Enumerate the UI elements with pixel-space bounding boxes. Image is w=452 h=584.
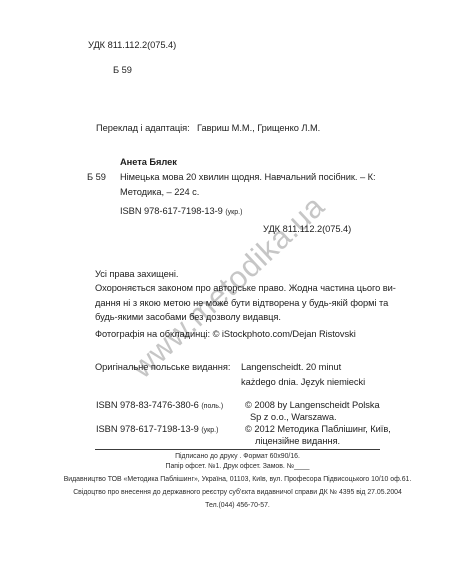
- imprint-line-1: Підписано до друку . Формат 60х90/16.: [25, 452, 450, 462]
- isbn-ukrainian: ISBN 978-617-7198-13-9: [96, 424, 199, 434]
- udk-code-top: УДК 811.112.2(075.4): [88, 39, 176, 52]
- rights-line-4: будь-якими засобами без дозволу видавця.: [95, 311, 396, 325]
- isbn-ukrainian-lang: (укр.): [201, 427, 218, 434]
- isbn-polish-lang: (поль.): [201, 403, 223, 410]
- catalog-isbn-lang: (укр.): [225, 209, 242, 216]
- catalog-title-line2: Методика, – 224 с.: [120, 186, 199, 199]
- photo-credit: Фотографія на обкладинці: © iStockphoto.…: [95, 328, 356, 341]
- author-name: Анета Бялек: [120, 156, 177, 169]
- rights-line-3: дання ні з якою метою не може бути відтв…: [95, 297, 396, 311]
- original-edition-value-line2: każdego dnia. Język niemiecki: [241, 376, 365, 389]
- rights-line-1: Усі права захищені.: [95, 268, 396, 282]
- divider-line: [95, 449, 380, 450]
- translation-value: Гавриш М.М., Грищенко Л.М.: [197, 122, 320, 135]
- isbn-row-polish: ISBN 978-83-7476-380-6 (поль.): [96, 399, 223, 413]
- catalog-isbn-line: ISBN 978-617-7198-13-9 (укр.): [120, 205, 242, 219]
- imprint-page: www.metodika.ua УДК 811.112.2(075.4) Б 5…: [0, 0, 452, 584]
- isbn-polish: ISBN 978-83-7476-380-6: [96, 400, 199, 410]
- imprint-line-3: Видавництво ТОВ «Методика Паблішинг», Ук…: [25, 475, 450, 485]
- imprint-line-2: Папір офсет. №1. Друк офсет. Замов. №___…: [25, 462, 450, 472]
- imprint-line-4: Свідоцтво про внесення до державного реє…: [25, 488, 450, 498]
- imprint-line-5: Тел.(044) 456-70-57.: [25, 501, 450, 511]
- udk-code-right: УДК 811.112.2(075.4): [263, 223, 351, 236]
- original-edition-label: Оригінальне польське видання:: [95, 361, 230, 374]
- catalog-isbn: ISBN 978-617-7198-13-9: [120, 206, 223, 216]
- isbn-row-ukrainian: ISBN 978-617-7198-13-9 (укр.): [96, 423, 218, 437]
- original-edition-value-line1: Langenscheidt. 20 minut: [241, 361, 341, 374]
- bbk-code-top: Б 59: [113, 64, 132, 77]
- copyright-2012-line2: ліцензійне видання.: [255, 435, 340, 448]
- catalog-code: Б 59: [87, 171, 106, 184]
- catalog-title-line1: Німецька мова 20 хвилин щодня. Навчальни…: [120, 171, 376, 184]
- imprint-block: Підписано до друку . Формат 60х90/16. Па…: [25, 452, 450, 511]
- rights-line-2: Охороняється законом про авторське право…: [95, 282, 396, 296]
- translation-label: Переклад і адаптація:: [96, 122, 190, 135]
- rights-notice: Усі права захищені. Охороняється законом…: [95, 268, 396, 326]
